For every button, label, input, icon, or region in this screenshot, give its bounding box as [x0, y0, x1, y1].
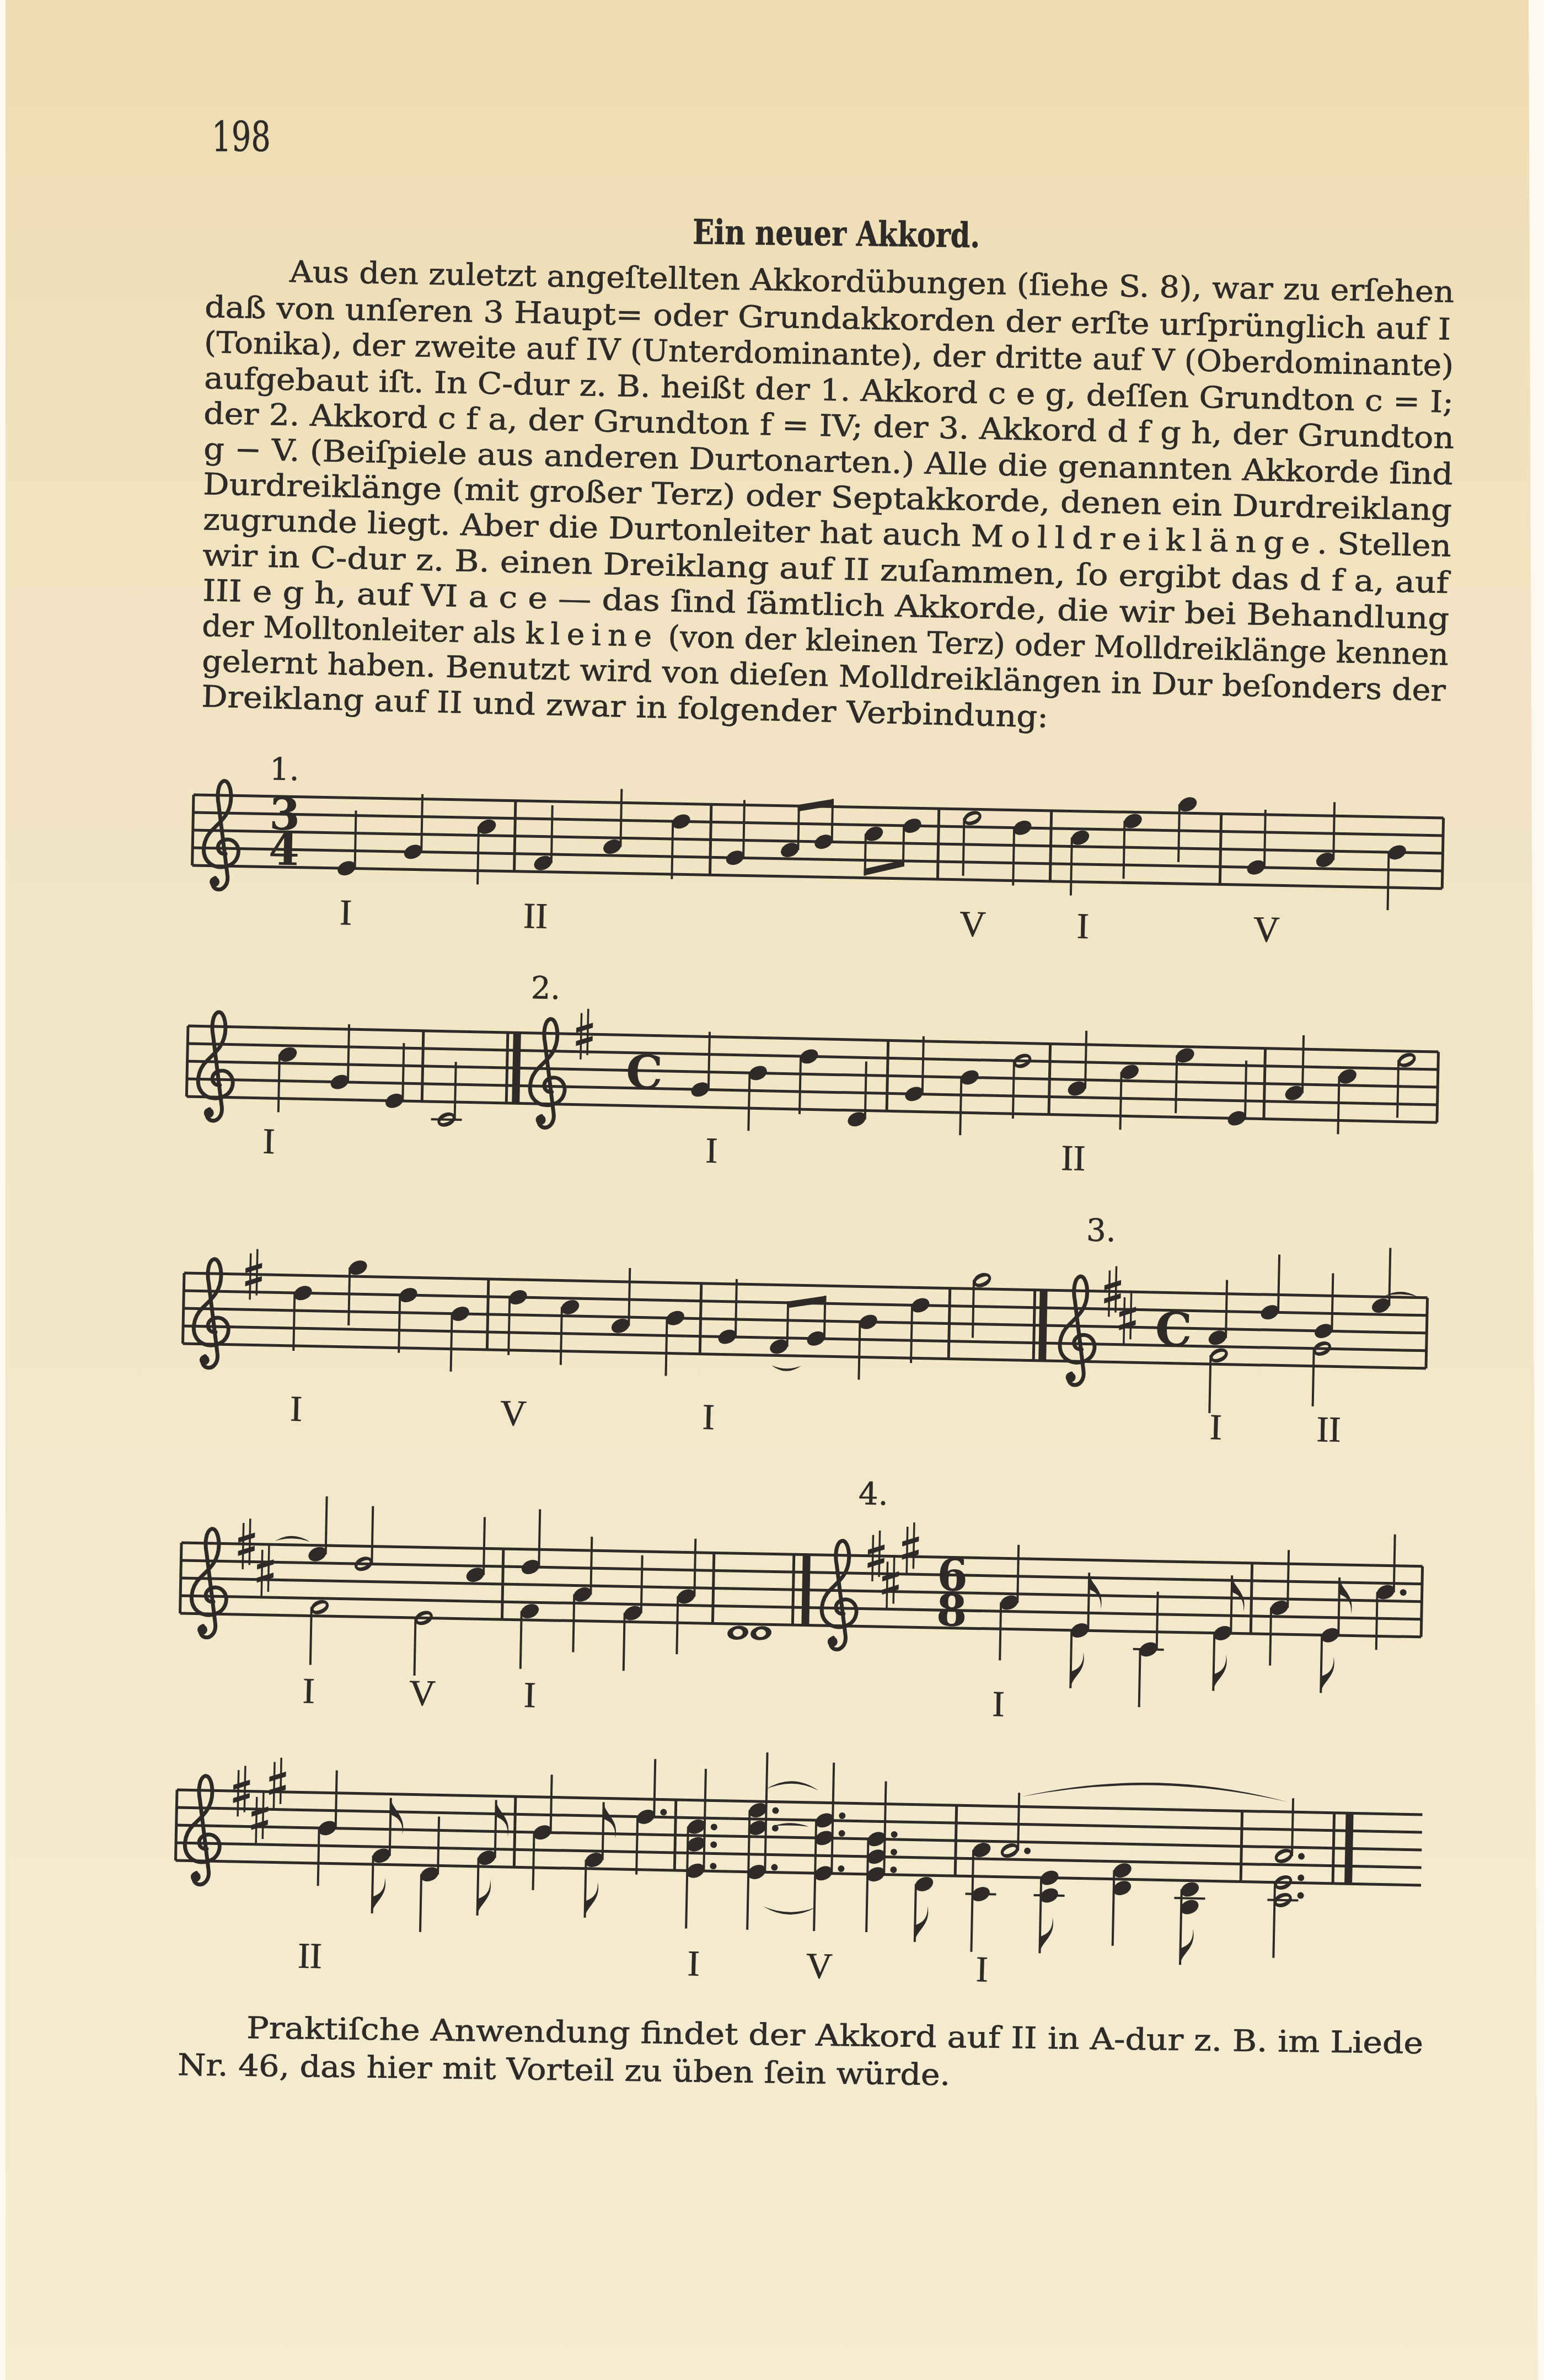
stem — [624, 1613, 625, 1671]
stem — [508, 1297, 510, 1355]
stem — [1120, 1072, 1121, 1130]
barline — [1264, 1049, 1266, 1119]
roman-numeral-degree: II — [523, 896, 548, 937]
time-signature-common: C — [1155, 1302, 1193, 1357]
stem — [743, 800, 744, 858]
sharp-stroke — [281, 1758, 282, 1804]
stem — [1292, 1798, 1293, 1856]
sharp-stroke — [244, 1766, 245, 1812]
staff-start-line — [175, 1790, 177, 1860]
roman-numeral-degree: I — [705, 1131, 718, 1171]
barline — [1437, 1052, 1439, 1122]
sharp-stroke — [262, 1793, 264, 1839]
stem — [859, 1322, 860, 1379]
stem — [748, 1073, 749, 1131]
scan-edge-left — [0, 0, 6, 2380]
roman-numeral-degree: I — [339, 892, 352, 933]
stem — [1394, 1534, 1395, 1592]
sharp-stroke — [893, 1558, 894, 1604]
stem — [336, 1771, 337, 1828]
stem — [1176, 1055, 1177, 1113]
time-signature-bottom: 4 — [268, 823, 299, 876]
ledger-line — [431, 1119, 462, 1120]
stem — [455, 1062, 456, 1120]
stem — [1071, 837, 1072, 895]
stem — [1113, 1870, 1114, 1946]
stem — [1157, 1592, 1158, 1650]
stem — [310, 1607, 312, 1665]
page-canvas: 198 Ein neuer Akkord. Aus den zuletzt an… — [0, 0, 1544, 2380]
stem — [403, 1043, 404, 1101]
double-barline-thick — [1038, 1290, 1048, 1361]
spaced-emphasis: kleine — [525, 616, 659, 654]
page-number: 198 — [212, 114, 271, 161]
sharp-stroke — [256, 1797, 257, 1843]
barline — [700, 1283, 701, 1354]
stem — [551, 1775, 552, 1833]
stem — [1013, 828, 1014, 886]
stem — [636, 1817, 637, 1875]
staff-start-line — [183, 1273, 184, 1344]
roman-numeral-degree: I — [992, 1684, 1005, 1724]
sharp-stroke — [268, 1545, 269, 1592]
stem — [1226, 1280, 1227, 1338]
sharp-stroke — [1109, 1270, 1110, 1317]
stem — [620, 789, 621, 847]
stem — [573, 1595, 574, 1652]
roman-numeral-degree: I — [523, 1675, 536, 1715]
stem — [709, 1032, 710, 1090]
barline — [887, 1040, 888, 1111]
double-barline-thin — [1033, 1290, 1035, 1361]
stem — [865, 1062, 866, 1120]
barline — [1442, 818, 1443, 889]
roman-numeral-degree: V — [1253, 910, 1280, 950]
stem — [1013, 1061, 1014, 1119]
stem — [1264, 810, 1266, 868]
sharp-stroke — [274, 1762, 275, 1809]
stem — [911, 1305, 912, 1363]
time-signature-common: C — [625, 1045, 663, 1100]
stem — [521, 1611, 522, 1669]
sharp-stroke — [238, 1770, 239, 1816]
sharp-stroke — [261, 1550, 262, 1596]
roman-numeral-degree: V — [500, 1393, 527, 1434]
roman-numeral-degree: I — [262, 1121, 275, 1162]
paragraph: Aus den zuletzt angeſtellten Akkordübung… — [201, 254, 1455, 735]
roman-numeral-degree: V — [806, 1946, 833, 1987]
barline — [948, 1288, 950, 1359]
barline — [955, 1805, 957, 1876]
roman-numeral-degree: II — [297, 1935, 322, 1976]
stem — [1388, 852, 1389, 910]
stem — [677, 1596, 678, 1654]
double-barline-thin — [1333, 1813, 1334, 1884]
roman-numeral-degree: I — [687, 1943, 700, 1983]
barline — [937, 809, 939, 879]
stem — [736, 1279, 737, 1337]
barline — [1421, 1566, 1422, 1637]
roman-numeral-degree: II — [1061, 1138, 1086, 1179]
ledger-line — [1267, 1900, 1298, 1900]
roman-numeral-degree: I — [1076, 906, 1089, 946]
stem — [399, 1295, 400, 1353]
roman-numeral-degree: I — [302, 1671, 315, 1711]
stem — [326, 1496, 327, 1554]
stem — [641, 1555, 642, 1613]
example-number: 2. — [530, 970, 561, 1007]
stem — [414, 1618, 415, 1676]
stem — [355, 810, 356, 868]
sharp-stroke — [587, 1009, 588, 1055]
stem — [293, 1293, 294, 1351]
sharp-stroke — [1124, 1297, 1125, 1344]
double-barline-thick — [801, 1554, 810, 1625]
stem — [923, 1036, 924, 1094]
stem — [963, 818, 964, 876]
stem — [1389, 1248, 1390, 1306]
sharp-stroke — [879, 1531, 880, 1577]
stem — [561, 1307, 562, 1365]
stem — [484, 1517, 485, 1575]
double-barline-thin — [506, 1033, 508, 1103]
sharp-stroke — [907, 1527, 908, 1573]
barline — [1049, 1044, 1050, 1114]
stem — [591, 1537, 592, 1595]
section-title: Ein neuer Akkord. — [693, 212, 980, 255]
time-signature-bottom: 8 — [936, 1584, 967, 1636]
stem — [1139, 1649, 1140, 1707]
stem — [1018, 1793, 1019, 1850]
stem — [1123, 821, 1124, 879]
stem — [278, 1054, 280, 1112]
stem — [1332, 1273, 1333, 1331]
sharp-stroke — [1116, 1266, 1117, 1313]
stem — [348, 1024, 349, 1082]
staff-start-line — [186, 1026, 188, 1097]
barline — [422, 1031, 423, 1101]
stem — [318, 1828, 319, 1886]
barline — [674, 1800, 676, 1870]
stem — [1338, 1076, 1339, 1134]
roman-numeral-degree: V — [409, 1673, 436, 1714]
barline — [1241, 1811, 1242, 1881]
example-number: 4. — [859, 1476, 889, 1512]
example-number: 1. — [270, 752, 300, 788]
double-barline-thin — [792, 1554, 794, 1625]
line-text: . Stellen — [1317, 526, 1452, 563]
barline — [1220, 814, 1221, 884]
stem — [694, 1539, 695, 1597]
stem — [1376, 1592, 1377, 1650]
roman-numeral-degree: I — [702, 1397, 715, 1437]
stem — [1000, 1602, 1001, 1660]
stem — [672, 821, 673, 879]
stem — [1397, 1060, 1398, 1118]
sharp-stroke — [872, 1535, 873, 1581]
stem — [798, 805, 799, 850]
sharp-stroke — [887, 1561, 888, 1608]
double-barline-thick — [512, 1033, 521, 1103]
stem — [1273, 1882, 1275, 1958]
spaced-emphasis: Molldreiklänge — [971, 518, 1317, 560]
staff-start-line — [180, 1543, 181, 1613]
roman-numeral-degree: II — [1316, 1409, 1341, 1450]
sharp-stroke — [913, 1522, 914, 1569]
stem — [960, 1077, 961, 1135]
stem — [666, 1318, 667, 1376]
stem — [1302, 1035, 1304, 1093]
barline — [1050, 811, 1051, 881]
barline — [514, 801, 516, 871]
roman-numeral-degree: I — [975, 1949, 988, 1989]
stem — [1313, 1349, 1314, 1406]
stem — [1209, 1355, 1210, 1413]
stem — [533, 1832, 534, 1890]
stem — [787, 1302, 789, 1347]
stem — [1288, 1550, 1289, 1608]
stem — [438, 1816, 439, 1874]
barline — [487, 1279, 489, 1350]
barline — [502, 1549, 503, 1619]
sharp-stroke — [243, 1523, 244, 1569]
book-page: 198 Ein neuer Akkord. Aus den zuletzt an… — [0, 0, 1544, 2380]
stem — [1017, 1545, 1018, 1603]
sharp-stroke — [250, 1253, 251, 1299]
barline — [712, 1553, 714, 1623]
barline — [514, 1796, 516, 1867]
sharp-stroke — [249, 1518, 250, 1565]
sharp-stroke — [581, 1013, 582, 1060]
roman-numeral-degree: V — [959, 904, 986, 945]
double-barline-thick — [1344, 1813, 1354, 1884]
stem — [451, 1314, 452, 1372]
staff-start-line — [192, 795, 194, 865]
stem — [1333, 802, 1334, 860]
sharp-stroke — [256, 1249, 258, 1296]
stem — [551, 805, 553, 863]
stem — [420, 1874, 421, 1932]
example-number: 3. — [1086, 1213, 1116, 1249]
barline — [710, 804, 711, 875]
stem — [973, 1280, 974, 1338]
stem — [1270, 1608, 1271, 1666]
stem — [800, 1056, 801, 1114]
stem — [349, 1267, 350, 1325]
ledger-line — [1174, 1898, 1205, 1898]
stem — [539, 1509, 540, 1567]
stem — [1278, 1255, 1279, 1313]
stem — [478, 827, 479, 885]
sharp-stroke — [1130, 1293, 1132, 1339]
stem — [1178, 804, 1180, 862]
stem — [1085, 1031, 1086, 1089]
stem — [421, 794, 422, 852]
stem — [654, 1759, 655, 1817]
roman-numeral-degree: I — [1209, 1407, 1222, 1447]
barline — [1251, 1563, 1252, 1634]
stem — [1245, 1061, 1246, 1119]
barline — [1426, 1298, 1428, 1368]
stem — [372, 1506, 373, 1564]
stem — [629, 1268, 630, 1326]
roman-numeral-degree: I — [289, 1389, 302, 1429]
